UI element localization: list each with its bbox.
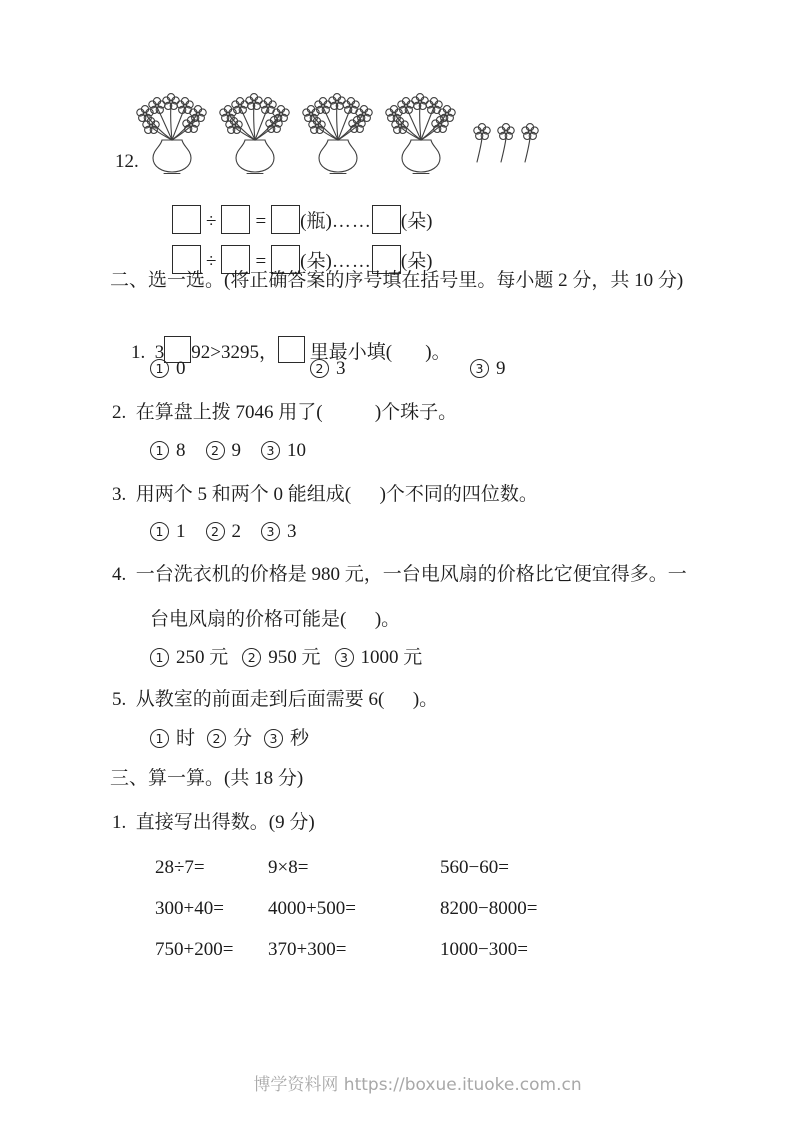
circled-number-icon: 3 xyxy=(335,648,354,667)
question-1-options: 10 23 39 xyxy=(150,357,630,381)
option: 29 xyxy=(206,439,242,463)
flower-vase xyxy=(386,94,455,174)
calc-problem: 750+200= xyxy=(155,938,233,962)
option: 1时 xyxy=(150,727,195,751)
option: 18 xyxy=(150,439,186,463)
circled-number-icon: 3 xyxy=(261,522,280,541)
question-4-options: 1250 元 2950 元 31000 元 xyxy=(150,646,422,670)
option-label: 9 xyxy=(232,439,242,463)
option: 11 xyxy=(150,520,186,544)
flower-vase xyxy=(137,94,206,174)
mental-math-grid: 28÷7= 9×8= 560−60= 300+40= 4000+500= 820… xyxy=(0,856,793,979)
option: 39 xyxy=(470,357,630,381)
option: 2分 xyxy=(207,727,252,751)
option: 23 xyxy=(310,357,470,381)
circled-number-icon: 1 xyxy=(150,648,169,667)
loose-flower xyxy=(498,124,514,162)
option: 22 xyxy=(206,520,242,544)
option-label: 9 xyxy=(496,357,506,381)
circled-number-icon: 1 xyxy=(150,729,169,748)
option-label: 时 xyxy=(176,727,195,751)
option-label: 秒 xyxy=(290,727,309,751)
section-3-subquestion-1: 1. 直接写出得数。(9 分) xyxy=(112,811,315,835)
loose-flower xyxy=(522,124,538,162)
calc-problem: 9×8= xyxy=(268,856,308,880)
section-3-header: 三、算一算。(共 18 分) xyxy=(110,767,303,791)
option-label: 8 xyxy=(176,439,186,463)
worksheet-page: 12. ÷=(瓶)……(朵) ÷=(朵)……(朵) 二、选一选。(将正确答案的序… xyxy=(0,0,793,1122)
circled-number-icon: 3 xyxy=(261,441,280,460)
calc-problem: 4000+500= xyxy=(268,897,356,921)
question-2-text: 2. 在算盘上拨 7046 用了( )个珠子。 xyxy=(112,401,457,425)
flower-vase xyxy=(220,94,289,174)
calc-problem: 560−60= xyxy=(440,856,509,880)
section-2-header: 二、选一选。(将正确答案的序号填在括号里。每小题 2 分，共 10 分) xyxy=(110,269,683,293)
option-label: 分 xyxy=(233,727,252,751)
option-label: 0 xyxy=(176,357,186,381)
circled-number-icon: 1 xyxy=(150,359,169,378)
question-5-text: 5. 从教室的前面走到后面需要 6( )。 xyxy=(112,688,438,712)
question-4-text-line-1: 4. 一台洗衣机的价格是 980 元，一台电风扇的价格比它便宜得多。一 xyxy=(112,563,687,587)
circled-number-icon: 2 xyxy=(310,359,329,378)
calc-problem: 370+300= xyxy=(268,938,346,962)
option: 33 xyxy=(261,520,297,544)
option-label: 950 元 xyxy=(268,646,320,670)
question-2-options: 18 29 310 xyxy=(150,439,306,463)
question-12-number: 12. xyxy=(115,150,139,174)
calc-problem: 300+40= xyxy=(155,897,224,921)
calc-problem: 28÷7= xyxy=(155,856,205,880)
option-label: 3 xyxy=(336,357,346,381)
option: 10 xyxy=(150,357,310,381)
calc-problem: 1000−300= xyxy=(440,938,528,962)
circled-number-icon: 2 xyxy=(207,729,226,748)
option: 31000 元 xyxy=(335,646,423,670)
circled-number-icon: 1 xyxy=(150,441,169,460)
option-label: 1 xyxy=(176,520,186,544)
option-label: 10 xyxy=(287,439,306,463)
question-3-options: 11 22 33 xyxy=(150,520,297,544)
option-label: 3 xyxy=(287,520,297,544)
option-label: 2 xyxy=(232,520,242,544)
footer-watermark: 博学资料网 https://boxue.ituoke.com.cn xyxy=(0,1070,793,1095)
circled-number-icon: 3 xyxy=(264,729,283,748)
question-4-text-line-2: 台电风扇的价格可能是( )。 xyxy=(150,608,400,632)
option-label: 250 元 xyxy=(176,646,228,670)
flower-vase xyxy=(303,94,372,174)
option: 2950 元 xyxy=(242,646,320,670)
option: 1250 元 xyxy=(150,646,228,670)
circled-number-icon: 3 xyxy=(470,359,489,378)
circled-number-icon: 1 xyxy=(150,522,169,541)
circled-number-icon: 2 xyxy=(242,648,261,667)
option: 310 xyxy=(261,439,306,463)
option-label: 1000 元 xyxy=(361,646,423,670)
loose-flower xyxy=(474,124,490,162)
flower-vases-illustration xyxy=(130,84,542,176)
circled-number-icon: 2 xyxy=(206,441,225,460)
question-3-text: 3. 用两个 5 和两个 0 能组成( )个不同的四位数。 xyxy=(112,483,538,507)
circled-number-icon: 2 xyxy=(206,522,225,541)
calc-problem: 8200−8000= xyxy=(440,897,537,921)
question-5-options: 1时 2分 3秒 xyxy=(150,727,309,751)
option: 3秒 xyxy=(264,727,309,751)
